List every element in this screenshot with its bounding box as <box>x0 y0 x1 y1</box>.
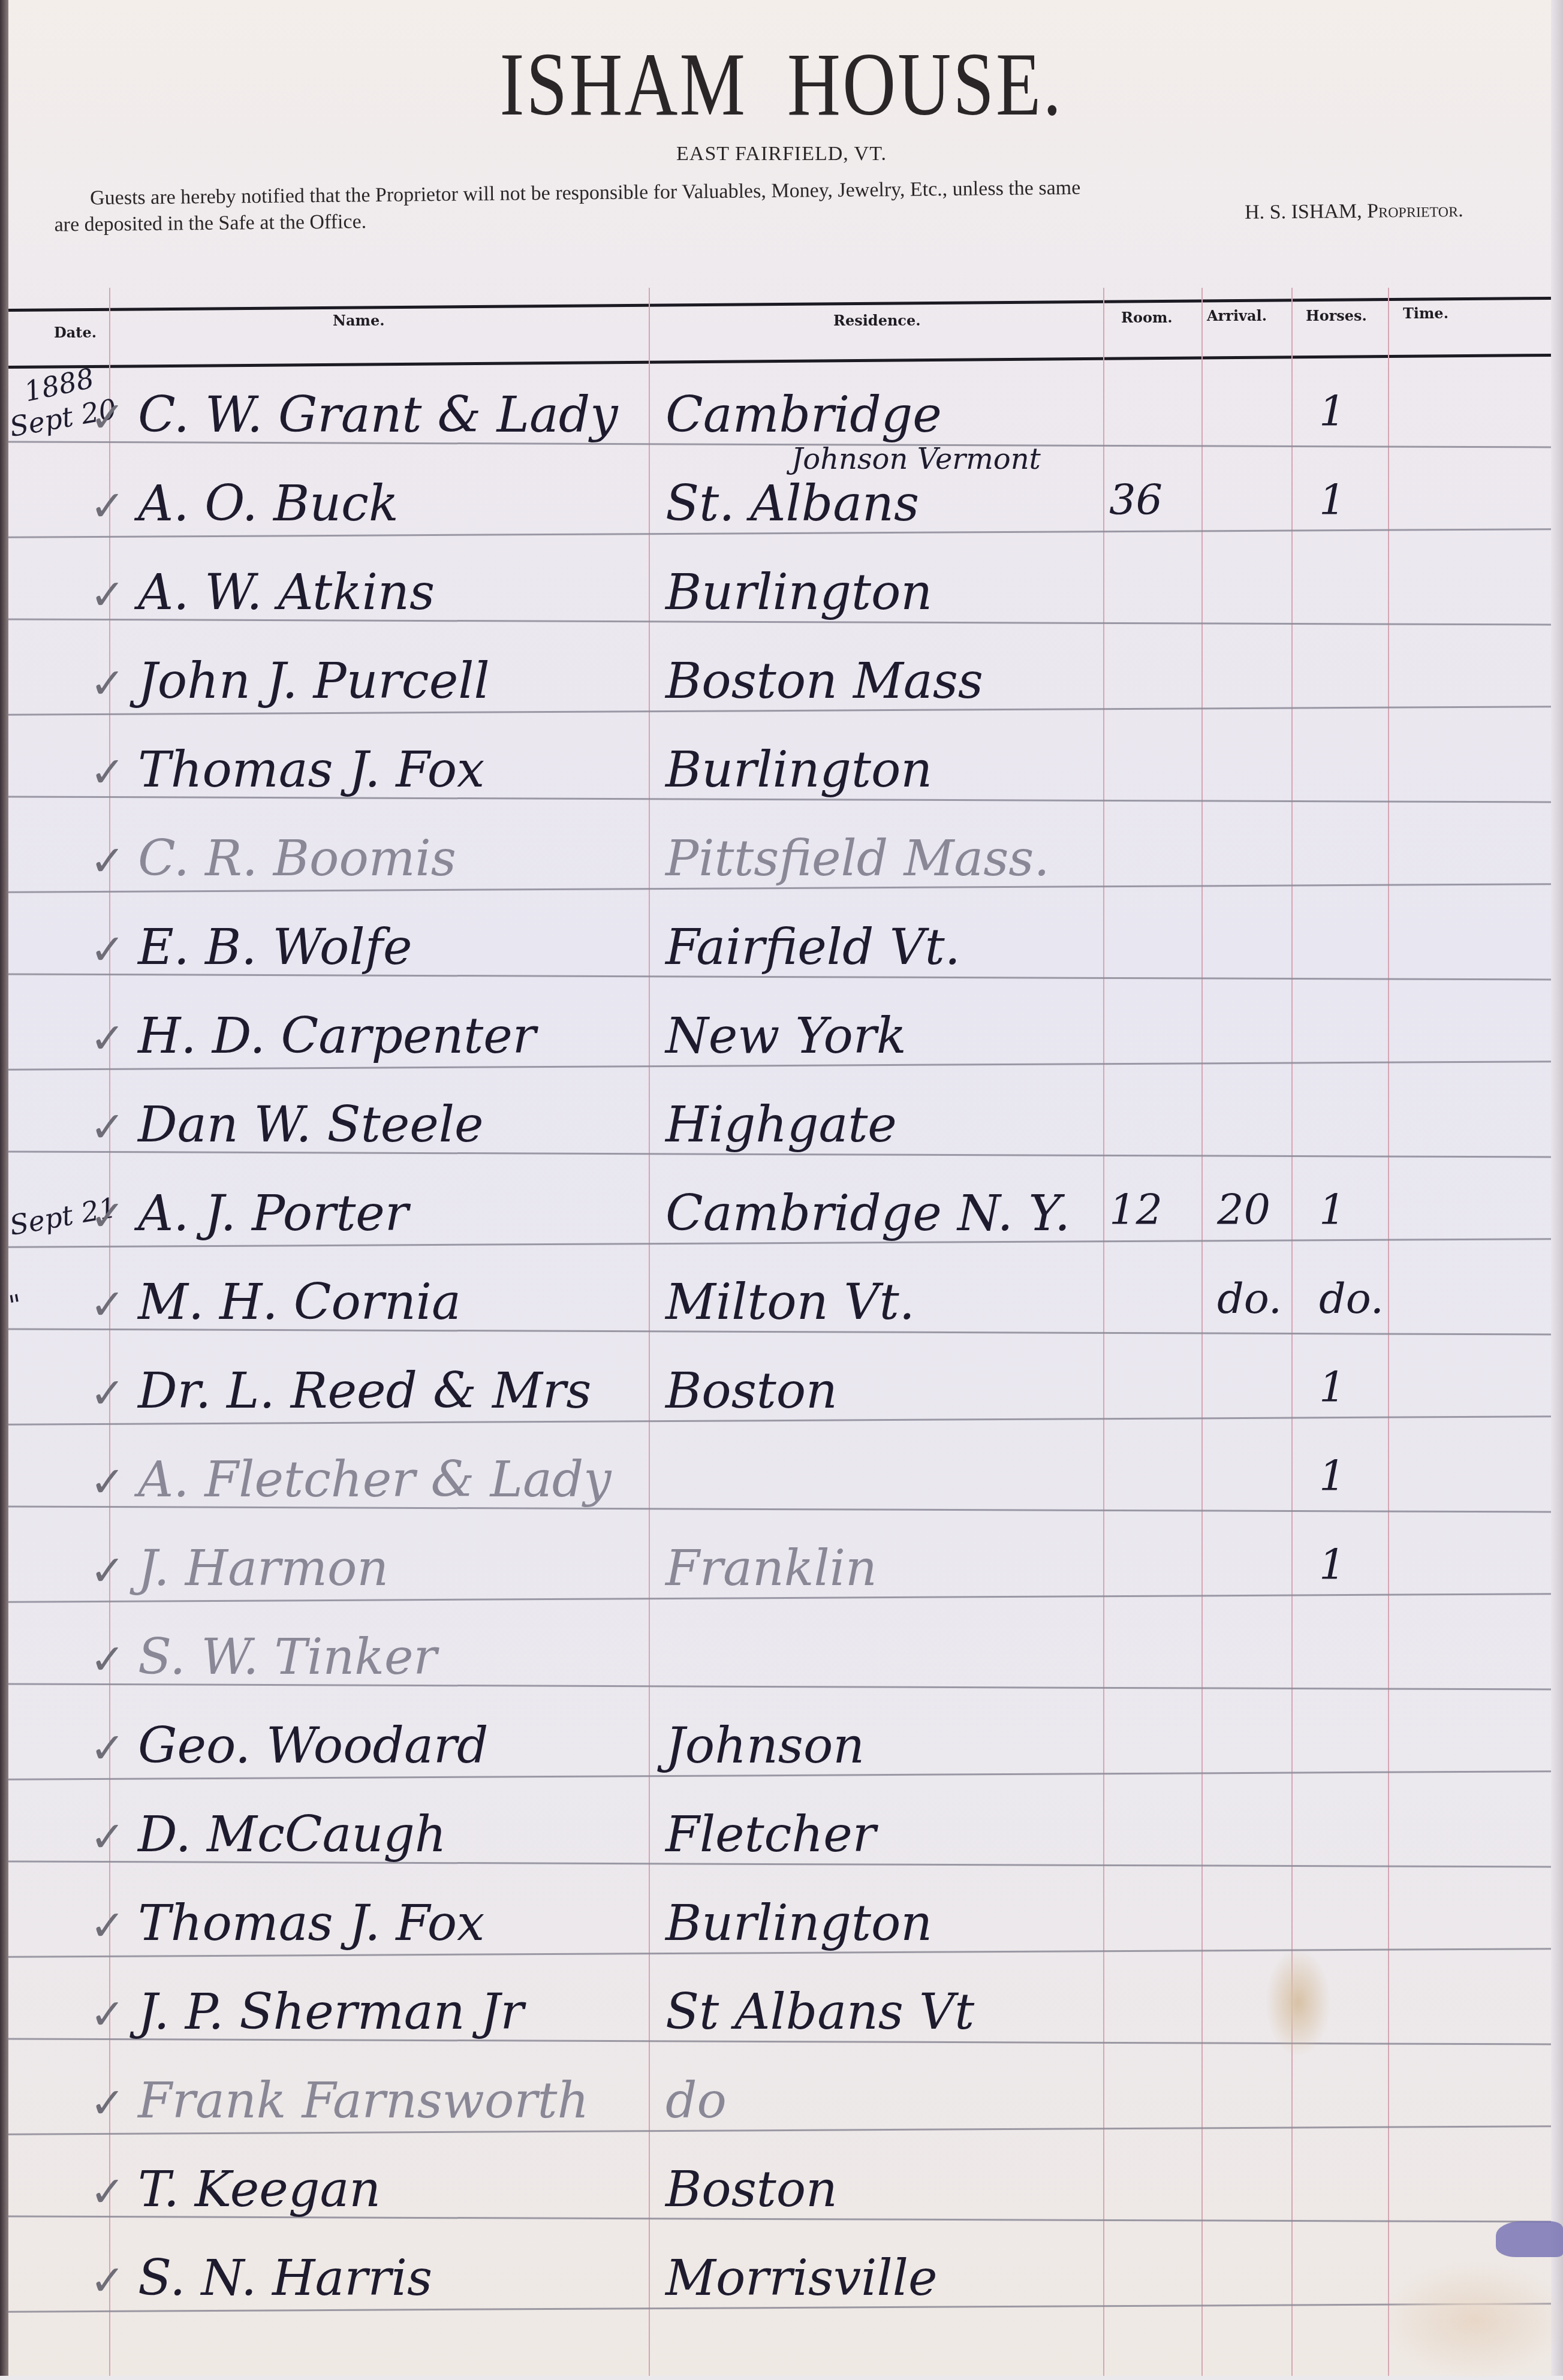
room-number: 36 <box>1109 475 1163 525</box>
guest-name: A. W. Atkins <box>138 564 435 621</box>
horses-count: 1 <box>1319 475 1346 525</box>
guest-residence: Pittsfield Mass. <box>665 830 1049 887</box>
guest-residence: Boston Mass <box>665 653 983 710</box>
guest-residence: Cambridge <box>665 387 942 444</box>
check-mark-icon: ✓ <box>90 1901 125 1950</box>
check-mark-icon: ✓ <box>90 1812 125 1861</box>
residence-note: Johnson Vermont <box>791 442 1041 476</box>
guest-name: M. H. Cornia <box>138 1274 461 1331</box>
check-mark-icon: ✓ <box>90 2078 125 2128</box>
guest-name: H. D. Carpenter <box>138 1008 536 1065</box>
arrival-value: 20 <box>1217 1185 1270 1234</box>
guest-residence: Milton Vt. <box>665 1274 915 1331</box>
header-rule-bottom <box>8 354 1551 369</box>
guest-name: A. Fletcher & Lady <box>138 1451 612 1508</box>
guest-name: Geo. Woodard <box>138 1718 489 1775</box>
entry-date: " <box>6 1288 24 1322</box>
guest-name: S. N. Harris <box>138 2250 432 2307</box>
proprietor-signature: H. S. ISHAM, Proprietor. <box>1245 199 1463 224</box>
check-mark-icon: ✓ <box>90 925 125 974</box>
guest-residence: do <box>665 2072 727 2129</box>
guest-residence: Franklin <box>665 1540 877 1597</box>
guest-residence: Cambridge N. Y. <box>665 1185 1070 1242</box>
notice-line-2: are deposited in the Safe at the Office. <box>54 210 366 236</box>
guest-name: J. P. Sherman Jr <box>138 1984 524 2041</box>
hotel-title: ISHAM HOUSE. <box>141 33 1423 136</box>
check-mark-icon: ✓ <box>90 659 125 708</box>
guest-residence: Burlington <box>665 1895 932 1952</box>
guest-residence: St Albans Vt <box>665 1984 974 2041</box>
check-mark-icon: ✓ <box>90 2167 125 2216</box>
horses-count: 1 <box>1319 1451 1346 1501</box>
column-divider-horses <box>1388 288 1389 2376</box>
horses-count: 1 <box>1319 1185 1346 1234</box>
check-mark-icon: ✓ <box>90 481 125 531</box>
check-mark-icon: ✓ <box>90 1191 125 1240</box>
check-mark-icon: ✓ <box>90 1369 125 1418</box>
column-header-room: Room. <box>1121 309 1173 326</box>
check-mark-icon: ✓ <box>90 1990 125 2039</box>
register-page: ISHAM HOUSE. EAST FAIRFIELD, VT. Guests … <box>0 0 1563 2376</box>
guest-name: Dr. L. Reed & Mrs <box>138 1363 591 1420</box>
column-header-residence: Residence. <box>833 312 921 329</box>
guest-residence: Fairfield Vt. <box>665 919 960 976</box>
guest-residence: Fletcher <box>665 1806 876 1863</box>
check-mark-icon: ✓ <box>90 1014 125 1063</box>
ink-blot <box>1496 2221 1563 2257</box>
guest-residence: Boston <box>665 2161 838 2218</box>
guest-name: C. W. Grant & Lady <box>138 387 618 444</box>
horses-count: 1 <box>1319 1540 1346 1589</box>
check-mark-icon: ✓ <box>90 1102 125 1152</box>
check-mark-icon: ✓ <box>90 570 125 619</box>
liability-notice: Guests are hereby notified that the Prop… <box>90 172 1499 236</box>
guest-name: Dan W. Steele <box>138 1096 484 1153</box>
check-mark-icon: ✓ <box>90 1280 125 1329</box>
arrival-value: do. <box>1217 1274 1282 1323</box>
guest-name: A. J. Porter <box>138 1185 408 1242</box>
guest-residence: Johnson <box>665 1718 865 1775</box>
page-edge <box>1551 0 1563 2376</box>
room-number: 12 <box>1109 1185 1163 1234</box>
column-header-time: Time. <box>1403 305 1448 322</box>
guest-name: D. McCaugh <box>138 1806 447 1863</box>
horses-count: do. <box>1319 1274 1384 1323</box>
book-binding <box>0 0 8 2376</box>
guest-residence: Boston <box>665 1363 838 1420</box>
guest-residence: New York <box>665 1008 907 1065</box>
column-divider-arrival <box>1291 288 1293 2376</box>
guest-name: C. R. Boomis <box>138 830 456 887</box>
check-mark-icon: ✓ <box>90 1457 125 1507</box>
check-mark-icon: ✓ <box>90 1635 125 1684</box>
horses-count: 1 <box>1319 387 1346 436</box>
guest-residence: St. Albans <box>665 475 919 532</box>
guest-name: A. O. Buck <box>138 475 399 532</box>
guest-residence: Burlington <box>665 564 932 621</box>
water-stain <box>1265 1948 1331 2056</box>
column-header-horses: Horses. <box>1306 307 1367 324</box>
check-mark-icon: ✓ <box>90 393 125 442</box>
check-mark-icon: ✓ <box>90 748 125 797</box>
guest-name: E. B. Wolfe <box>138 919 412 976</box>
check-mark-icon: ✓ <box>90 1546 125 1595</box>
water-stain <box>1379 2260 1563 2376</box>
guest-name: S. W. Tinker <box>138 1629 437 1686</box>
guest-name: Frank Farnsworth <box>138 2072 589 2129</box>
guest-name: T. Keegan <box>138 2161 381 2218</box>
check-mark-icon: ✓ <box>90 1724 125 1773</box>
check-mark-icon: ✓ <box>90 2256 125 2305</box>
horses-count: 1 <box>1319 1363 1346 1412</box>
guest-residence: Morrisville <box>665 2250 938 2307</box>
guest-name: Thomas J. Fox <box>138 742 484 799</box>
column-header-arrival: Arrival. <box>1207 307 1267 324</box>
check-mark-icon: ✓ <box>90 836 125 885</box>
column-header-name: Name. <box>333 312 385 329</box>
guest-name: Thomas J. Fox <box>138 1895 484 1952</box>
guest-name: J. Harmon <box>138 1540 389 1597</box>
guest-residence: Highgate <box>665 1096 897 1153</box>
guest-name: John J. Purcell <box>138 653 490 710</box>
column-header-date: Date. <box>54 324 97 341</box>
guest-residence: Burlington <box>665 742 932 799</box>
hotel-location: EAST FAIRFIELD, VT. <box>0 143 1563 165</box>
